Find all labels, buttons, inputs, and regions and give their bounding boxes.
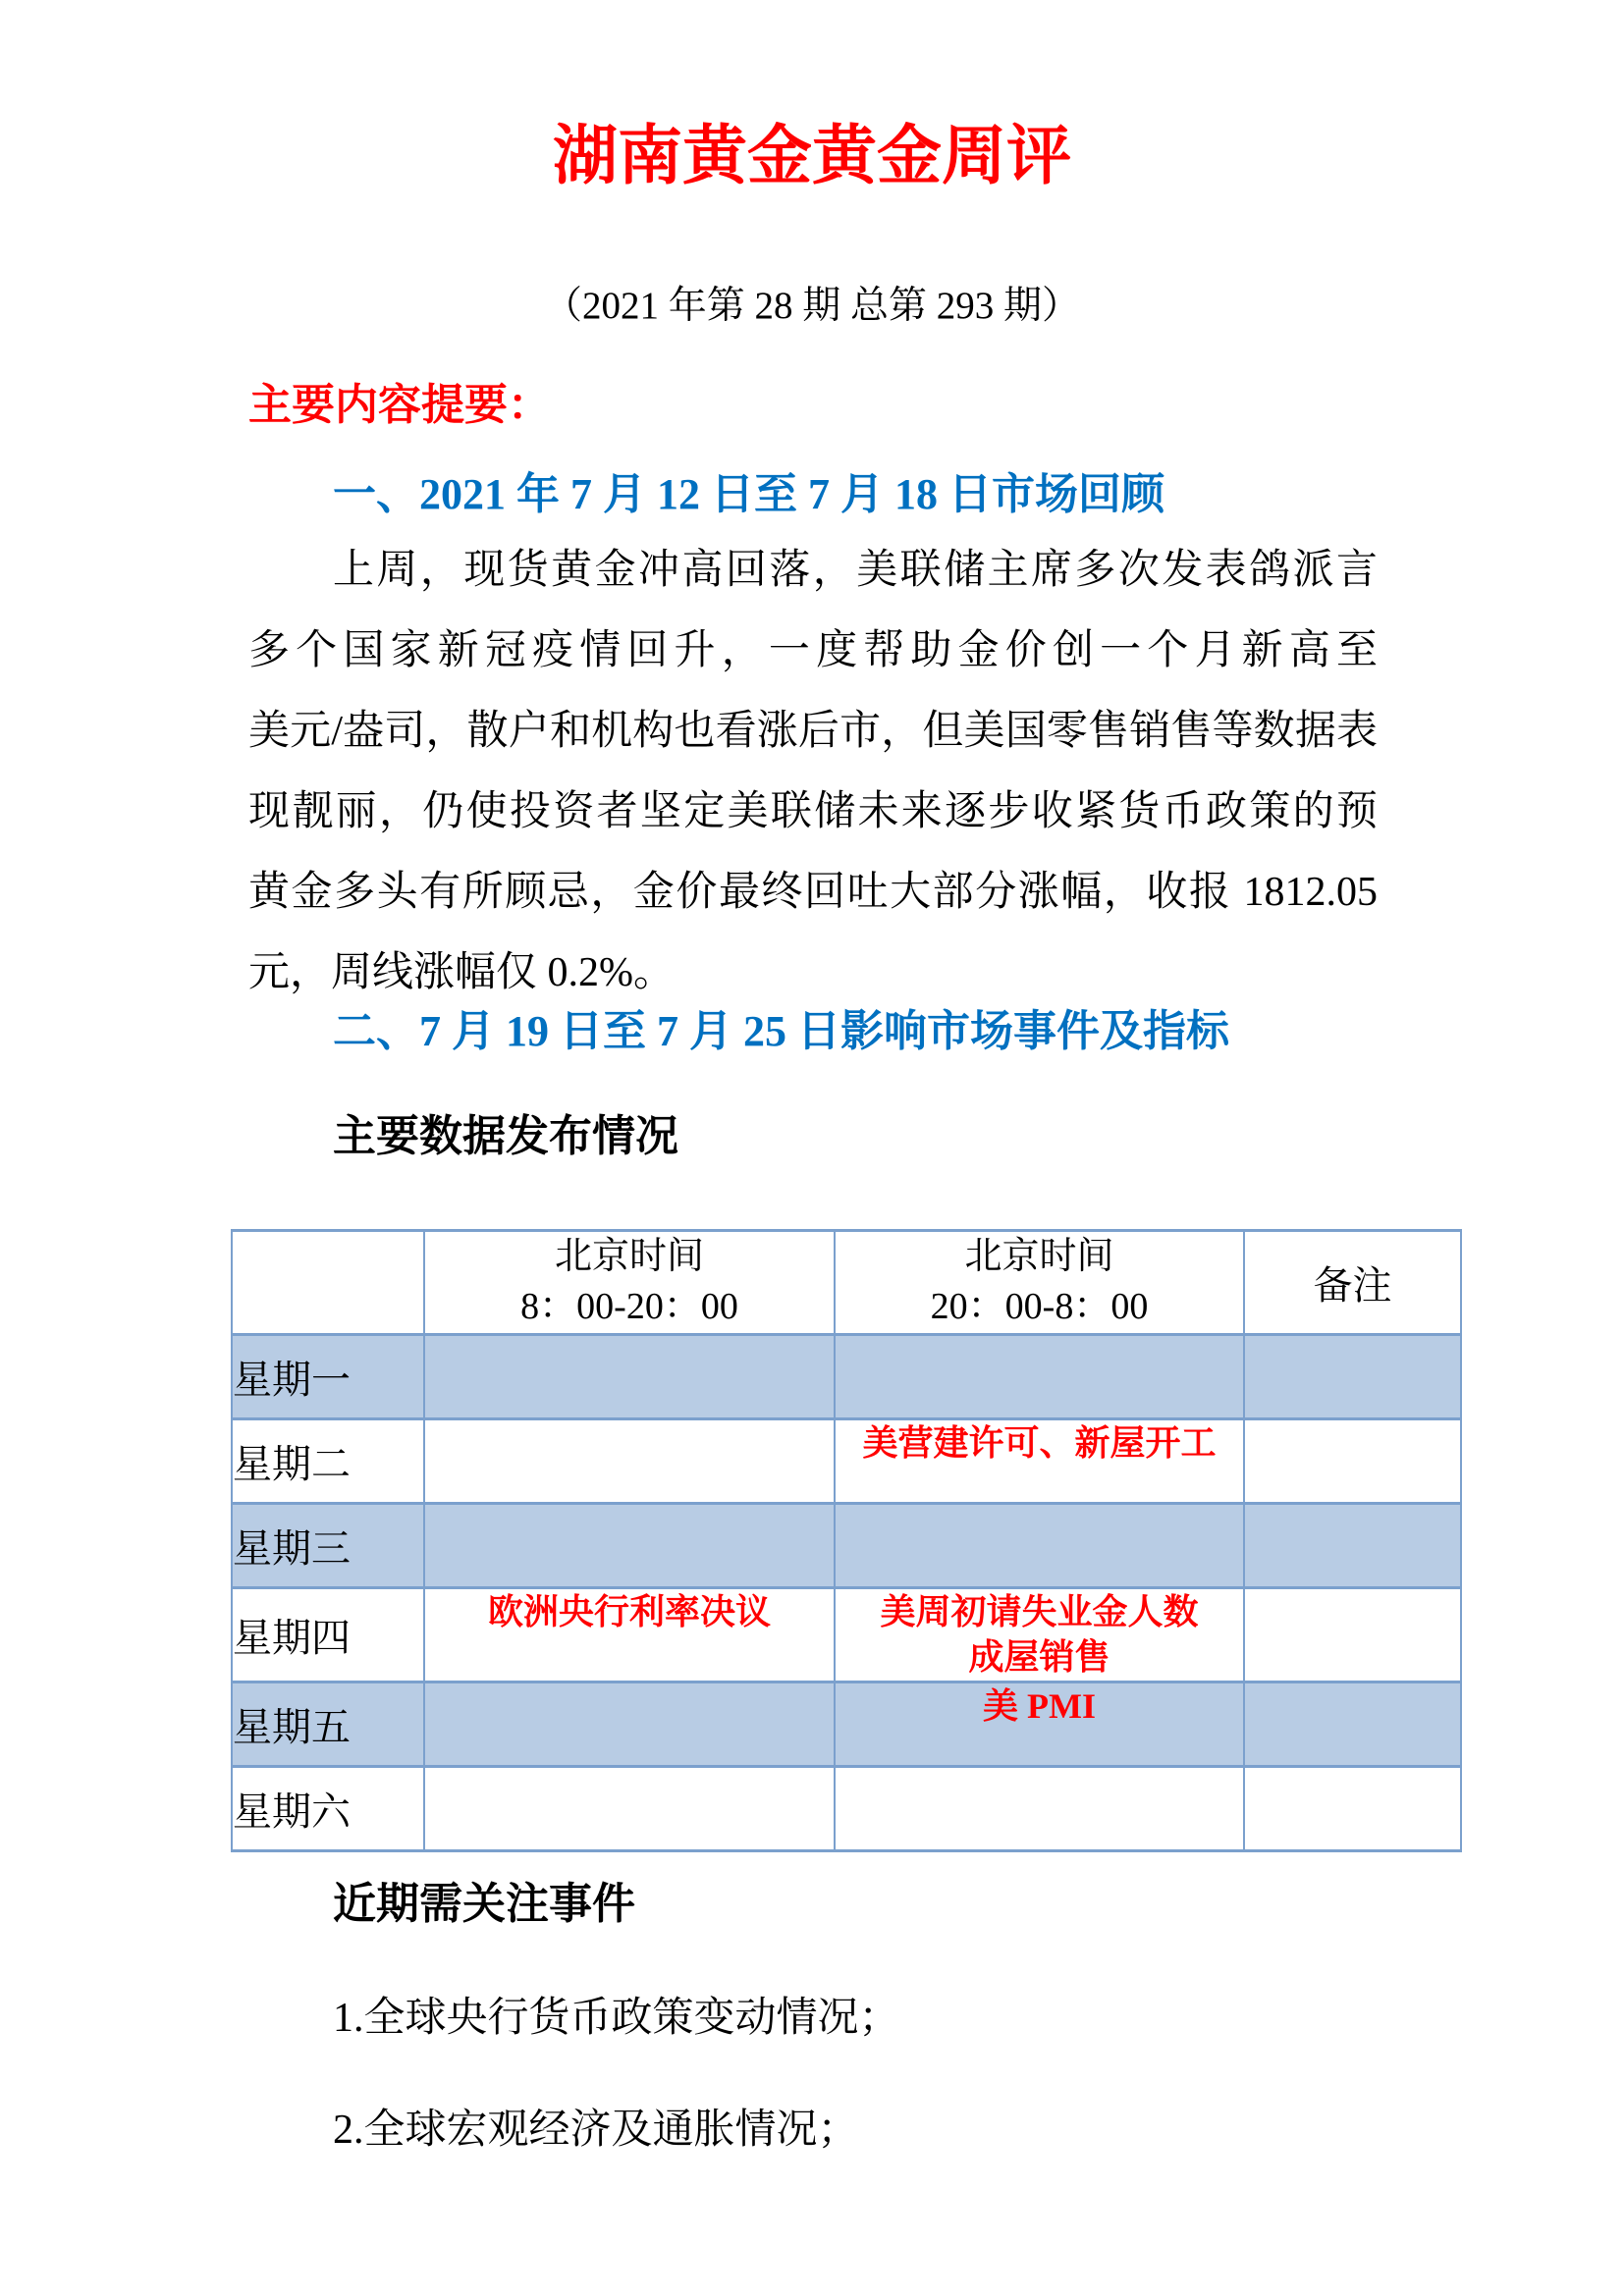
- market-review-paragraph: 上周，现货黄金冲高回落，美联储主席多次发表鸽派言论、 多个国家新冠疫情回升，一度…: [248, 530, 1378, 1013]
- note-cell: [1244, 1503, 1461, 1587]
- watch-events-heading: 近期需关注事件: [333, 1877, 635, 1931]
- table-row-monday: 星期一: [232, 1334, 1461, 1418]
- section1-heading: 一、2021 年 7 月 12 日至 7 月 18 日市场回顾: [333, 467, 1164, 521]
- note-cell: [1244, 1334, 1461, 1418]
- paragraph-line: 多个国家新冠疫情回升，一度帮助金价创一个月新高至 1834.12: [248, 611, 1378, 691]
- daytime-event: 欧洲央行利率决议: [424, 1587, 835, 1682]
- issue-subtitle: （2021 年第 28 期 总第 293 期）: [0, 282, 1624, 332]
- daytime-event: [424, 1334, 835, 1418]
- table-header-row: 北京时间 8：00-20：00 北京时间 20：00-8：00 备注: [232, 1231, 1461, 1335]
- page-title: 湖南黄金黄金周评: [0, 120, 1624, 194]
- daytime-event: [424, 1767, 835, 1851]
- nighttime-event: [835, 1334, 1244, 1418]
- day-label: 星期三: [232, 1503, 424, 1587]
- table-caption: 主要数据发布情况: [333, 1109, 678, 1163]
- nighttime-event: 美营建许可、新屋开工: [835, 1418, 1244, 1503]
- document-page: 湖南黄金黄金周评 （2021 年第 28 期 总第 293 期） 主要内容提要：…: [0, 0, 1624, 2296]
- watch-event-item-2: 2.全球宏观经济及通胀情况；: [333, 2104, 859, 2158]
- daytime-event: [424, 1503, 835, 1587]
- table-row-friday: 星期五 美 PMI: [232, 1682, 1461, 1767]
- table-row-tuesday: 星期二 美营建许可、新屋开工: [232, 1418, 1461, 1503]
- paragraph-line: 上周，现货黄金冲高回落，美联储主席多次发表鸽派言论、: [248, 530, 1378, 611]
- note-cell: [1244, 1587, 1461, 1682]
- note-column-header: 备注: [1244, 1231, 1461, 1335]
- note-cell: [1244, 1418, 1461, 1503]
- paragraph-line: 黄金多头有所顾忌，金价最终回吐大部分涨幅，收报 1812.05 美: [248, 852, 1378, 933]
- nighttime-event: 美周初请失业金人数 成屋销售: [835, 1587, 1244, 1682]
- note-cell: [1244, 1682, 1461, 1767]
- daytime-event: [424, 1418, 835, 1503]
- nighttime-event: [835, 1503, 1244, 1587]
- table-row-saturday: 星期六: [232, 1767, 1461, 1851]
- nighttime-event: 美 PMI: [835, 1682, 1244, 1767]
- table-row-wednesday: 星期三: [232, 1503, 1461, 1587]
- paragraph-line: 美元/盎司，散户和机构也看涨后市，但美国零售销售等数据表: [248, 691, 1378, 772]
- day-label: 星期二: [232, 1418, 424, 1503]
- daytime-column-header: 北京时间 8：00-20：00: [424, 1231, 835, 1335]
- day-label: 星期一: [232, 1334, 424, 1418]
- summary-heading: 主要内容提要：: [248, 378, 551, 432]
- day-label: 星期四: [232, 1587, 424, 1682]
- watch-event-item-1: 1.全球央行货币政策变动情况；: [333, 1992, 900, 2046]
- note-cell: [1244, 1767, 1461, 1851]
- table-row-thursday: 星期四 欧洲央行利率决议 美周初请失业金人数 成屋销售: [232, 1587, 1461, 1682]
- day-column-header: [232, 1231, 424, 1335]
- section2-heading: 二、7 月 19 日至 7 月 25 日影响市场事件及指标: [333, 1004, 1229, 1058]
- nighttime-event: [835, 1767, 1244, 1851]
- day-label: 星期六: [232, 1767, 424, 1851]
- daytime-event: [424, 1682, 835, 1767]
- day-label: 星期五: [232, 1682, 424, 1767]
- data-release-table: 北京时间 8：00-20：00 北京时间 20：00-8：00 备注 星期一 星…: [231, 1229, 1462, 1852]
- paragraph-line: 元，周线涨幅仅 0.2%。: [248, 933, 1378, 1013]
- paragraph-line: 现靓丽，仍使投资者坚定美联储未来逐步收紧货币政策的预期，: [248, 772, 1378, 852]
- nighttime-column-header: 北京时间 20：00-8：00: [835, 1231, 1244, 1335]
